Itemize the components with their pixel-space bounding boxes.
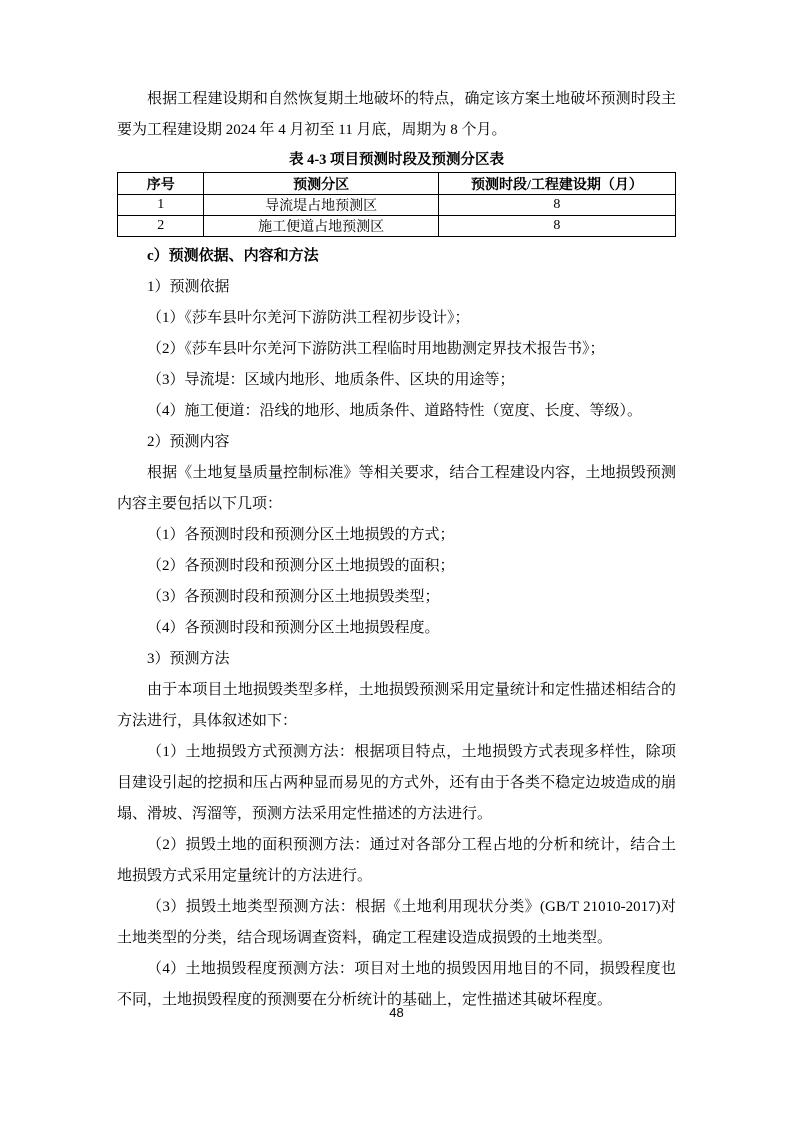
table-row: 2 施工便道占地预测区 8 [118, 216, 676, 237]
content-item: （3）各预测时段和预测分区土地损毁类型； [117, 582, 676, 613]
subsection-2-intro: 根据《土地复垦质量控制标准》等相关要求，结合工程建设内容，土地损毁预测内容主要包… [117, 458, 676, 520]
table-header-period: 预测时段/工程建设期（月） [438, 173, 675, 195]
table-caption: 表 4-3 项目预测时段及预测分区表 [117, 148, 676, 172]
prediction-zone-table: 序号 预测分区 预测时段/工程建设期（月） 1 导流堤占地预测区 8 2 施工便… [117, 172, 676, 237]
content-item: （4）各预测时段和预测分区土地损毁程度。 [117, 613, 676, 644]
method-paragraph: （1）土地损毁方式预测方法：根据项目特点，土地损毁方式表现多样性，除项目建设引起… [117, 737, 676, 830]
content-item: （2）各预测时段和预测分区土地损毁的面积； [117, 551, 676, 582]
cell-zone: 施工便道占地预测区 [204, 216, 438, 237]
intro-paragraph: 根据工程建设期和自然恢复期土地破坏的特点，确定该方案土地破坏预测时段主要为工程建… [117, 84, 676, 146]
subsection-2-title: 2）预测内容 [117, 427, 676, 458]
page-number: 48 [0, 1005, 793, 1020]
table-header-seq: 序号 [118, 173, 204, 195]
basis-item: （4）施工便道：沿线的地形、地质条件、道路特性（宽度、长度、等级）。 [117, 396, 676, 427]
content-item: （1）各预测时段和预测分区土地损毁的方式； [117, 520, 676, 551]
cell-period: 8 [438, 216, 675, 237]
table-header-zone: 预测分区 [204, 173, 438, 195]
method-paragraph: （3）损毁土地类型预测方法：根据《土地利用现状分类》(GB/T 21010-20… [117, 892, 676, 954]
cell-seq: 1 [118, 195, 204, 216]
method-paragraph: （2）损毁土地的面积预测方法：通过对各部分工程占地的分析和统计，结合土地损毁方式… [117, 830, 676, 892]
subsection-3-title: 3）预测方法 [117, 644, 676, 675]
basis-item: （2）《莎车县叶尔羌河下游防洪工程临时用地勘测定界技术报告书》； [117, 334, 676, 365]
table-header-row: 序号 预测分区 预测时段/工程建设期（月） [118, 173, 676, 195]
page-content: 根据工程建设期和自然恢复期土地破坏的特点，确定该方案土地破坏预测时段主要为工程建… [117, 84, 676, 1016]
subsection-1-title: 1）预测依据 [117, 272, 676, 303]
cell-period: 8 [438, 195, 675, 216]
cell-seq: 2 [118, 216, 204, 237]
table-row: 1 导流堤占地预测区 8 [118, 195, 676, 216]
basis-item: （3）导流堤：区域内地形、地质条件、区块的用途等； [117, 365, 676, 396]
subsection-3-intro: 由于本项目土地损毁类型多样，土地损毁预测采用定量统计和定性描述相结合的方法进行，… [117, 675, 676, 737]
document-page: 根据工程建设期和自然恢复期土地破坏的特点，确定该方案土地破坏预测时段主要为工程建… [0, 0, 793, 1122]
basis-item: （1）《莎车县叶尔羌河下游防洪工程初步设计》； [117, 303, 676, 334]
section-heading-c: c）预测依据、内容和方法 [117, 241, 676, 272]
cell-zone: 导流堤占地预测区 [204, 195, 438, 216]
